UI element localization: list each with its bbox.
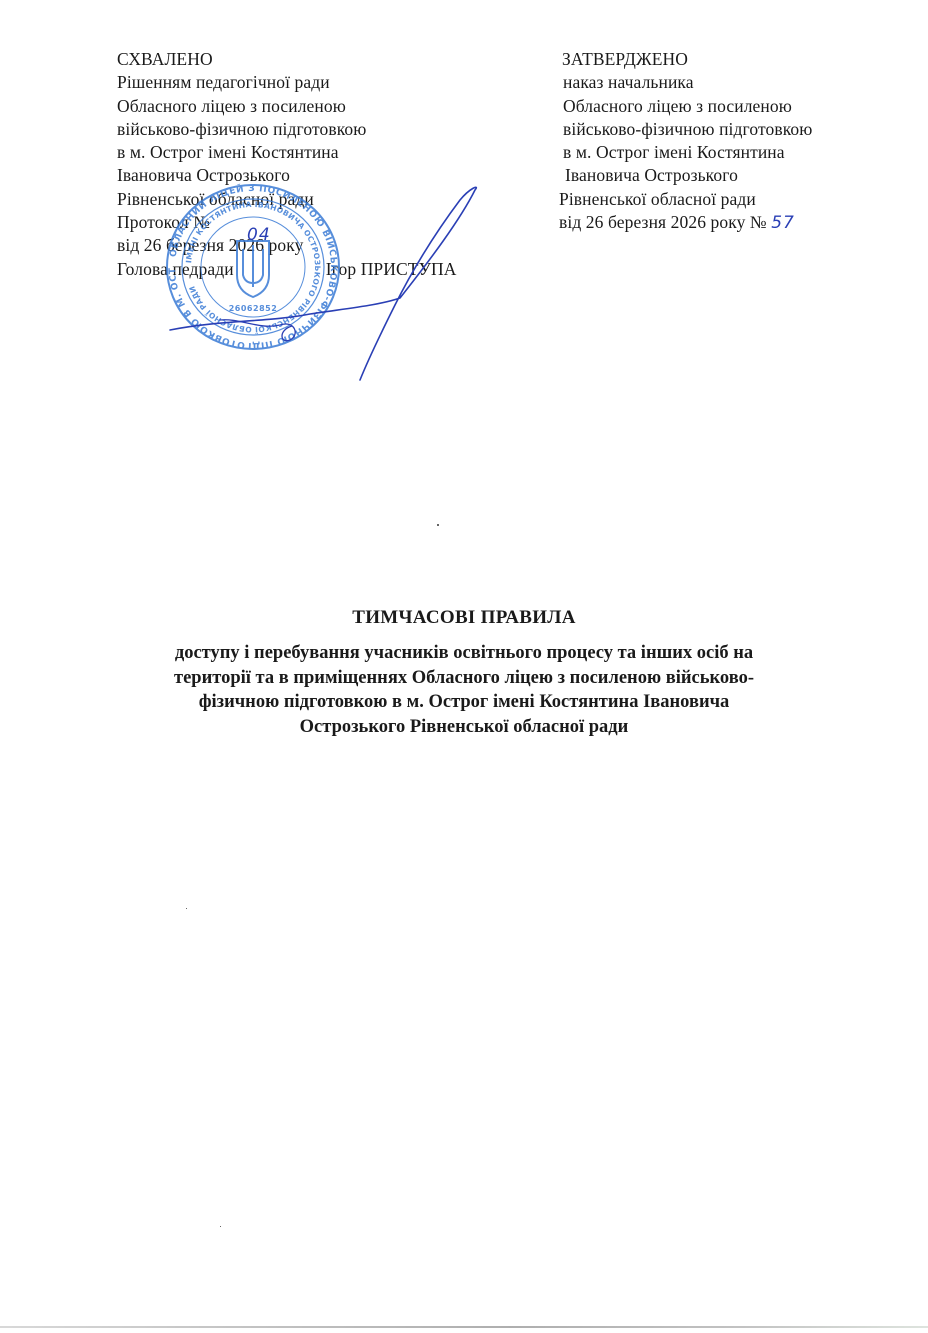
approved-line: Рівненської обласної ради: [117, 188, 457, 211]
confirmed-line: в м. Острог імені Костянтина: [559, 141, 812, 164]
scan-speck: [437, 524, 439, 526]
approved-line: Обласного ліцею з посиленою: [117, 95, 457, 118]
document-page: СХВАЛЕНО Рішенням педагогічної ради Обла…: [0, 0, 928, 1333]
approved-block: СХВАЛЕНО Рішенням педагогічної ради Обла…: [117, 48, 457, 281]
approved-line: Івановича Острозького: [117, 164, 457, 187]
confirmed-line: Обласного ліцею з посиленою: [559, 95, 812, 118]
handwritten-order-number: 57: [771, 213, 795, 233]
signatory-role: Голова педради: [117, 259, 234, 279]
scan-bottom-edge: [0, 1326, 928, 1328]
confirmed-line: військово-фізичною підготовкою: [559, 118, 812, 141]
subtitle-line: доступу і перебування учасників освітньо…: [0, 641, 928, 666]
confirmed-block: ЗАТВЕРДЖЕНО наказ начальника Обласного л…: [559, 48, 812, 235]
approved-line: Рішенням педагогічної ради: [117, 71, 457, 94]
protocol-line: Протокол №: [117, 211, 457, 234]
handwritten-protocol-number: 04: [247, 225, 271, 245]
approved-heading: СХВАЛЕНО: [117, 48, 457, 71]
confirmed-line: Івановича Острозького: [559, 164, 812, 187]
confirmed-heading: ЗАТВЕРДЖЕНО: [559, 48, 812, 71]
protocol-date-line: від 26 березня 2026 року: [117, 234, 457, 257]
document-title-block: ТИМЧАСОВІ ПРАВИЛА доступу і перебування …: [0, 607, 928, 739]
scan-speck: [220, 1226, 221, 1227]
document-title: ТИМЧАСОВІ ПРАВИЛА: [0, 607, 928, 629]
confirmed-line: наказ начальника: [559, 71, 812, 94]
document-subtitle: доступу і перебування учасників освітньо…: [0, 641, 928, 739]
subtitle-line: території та в приміщеннях Обласного ліц…: [0, 666, 928, 691]
approved-line: військово-фізичною підготовкою: [117, 118, 457, 141]
approved-line: в м. Острог імені Костянтина: [117, 141, 457, 164]
subtitle-line: фізичною підготовкою в м. Острог імені К…: [0, 690, 928, 715]
order-line: від 26 березня 2026 року № 57: [559, 211, 812, 235]
signatory-name: Ігор ПРИСТУПА: [326, 259, 457, 279]
order-date: від 26 березня 2026 року №: [559, 212, 767, 232]
signature-line: Голова педрадиІгор ПРИСТУПА: [117, 258, 457, 281]
scan-speck: [186, 908, 187, 909]
confirmed-line: Рівненської обласної ради: [559, 188, 812, 211]
subtitle-line: Острозького Рівненської обласної ради: [0, 715, 928, 740]
svg-text:26062852: 26062852: [229, 304, 278, 313]
